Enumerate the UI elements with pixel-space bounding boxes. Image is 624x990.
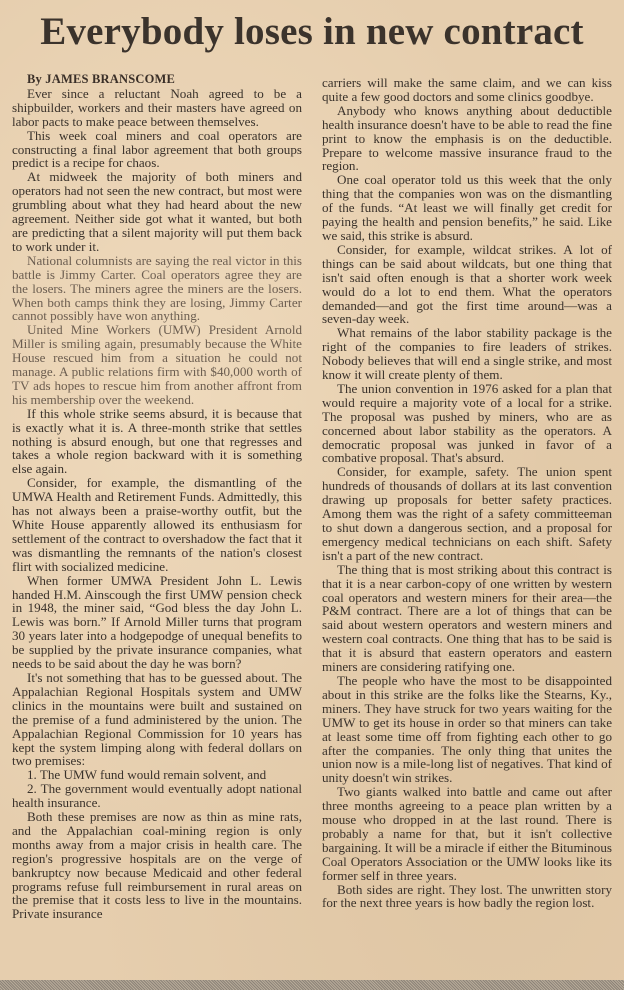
paragraph: Both these premises are now as thin as m… [12,810,302,921]
paragraph: It's not something that has to be guesse… [12,671,302,768]
paragraph: If this whole strike seems absurd, it is… [12,407,302,477]
paragraph: Ever since a reluctant Noah agreed to be… [12,87,302,129]
paragraph: Two giants walked into battle and came o… [322,785,612,882]
article-column-right: carriers will make the same claim, and w… [322,76,612,910]
paragraph: Consider, for example, wildcat strikes. … [322,243,612,326]
paragraph: Both sides are right. They lost. The unw… [322,883,612,911]
paragraph: At midweek the majority of both miners a… [12,170,302,253]
list-item: 2. The government would eventually adopt… [12,782,302,810]
paragraph: The thing that is most striking about th… [322,563,612,674]
list-item: 1. The UMW fund would remain solvent, an… [12,768,302,782]
paragraph: Consider, for example, the dismantling o… [12,476,302,573]
headline: Everybody loses in new contract [0,8,624,56]
paragraph: Anybody who knows anything about deducti… [322,104,612,174]
paragraph: When former UMWA President John L. Lewis… [12,574,302,671]
paragraph: National columnists are saying the real … [12,254,302,324]
paragraph-continued: carriers will make the same claim, and w… [322,76,612,104]
paragraph: Consider, for example, safety. The union… [322,465,612,562]
paragraph: The people who have the most to be disap… [322,674,612,785]
paragraph: This week coal miners and coal operators… [12,129,302,171]
paragraph: United Mine Workers (UMW) President Arno… [12,323,302,406]
paragraph: What remains of the labor stability pack… [322,326,612,382]
article-column-left: By JAMES BRANSCOME Ever since a reluctan… [12,73,302,921]
paragraph: One coal operator told us this week that… [322,173,612,243]
byline: By JAMES BRANSCOME [12,73,302,87]
bottom-border-rule [0,980,624,990]
paragraph: The union convention in 1976 asked for a… [322,382,612,465]
